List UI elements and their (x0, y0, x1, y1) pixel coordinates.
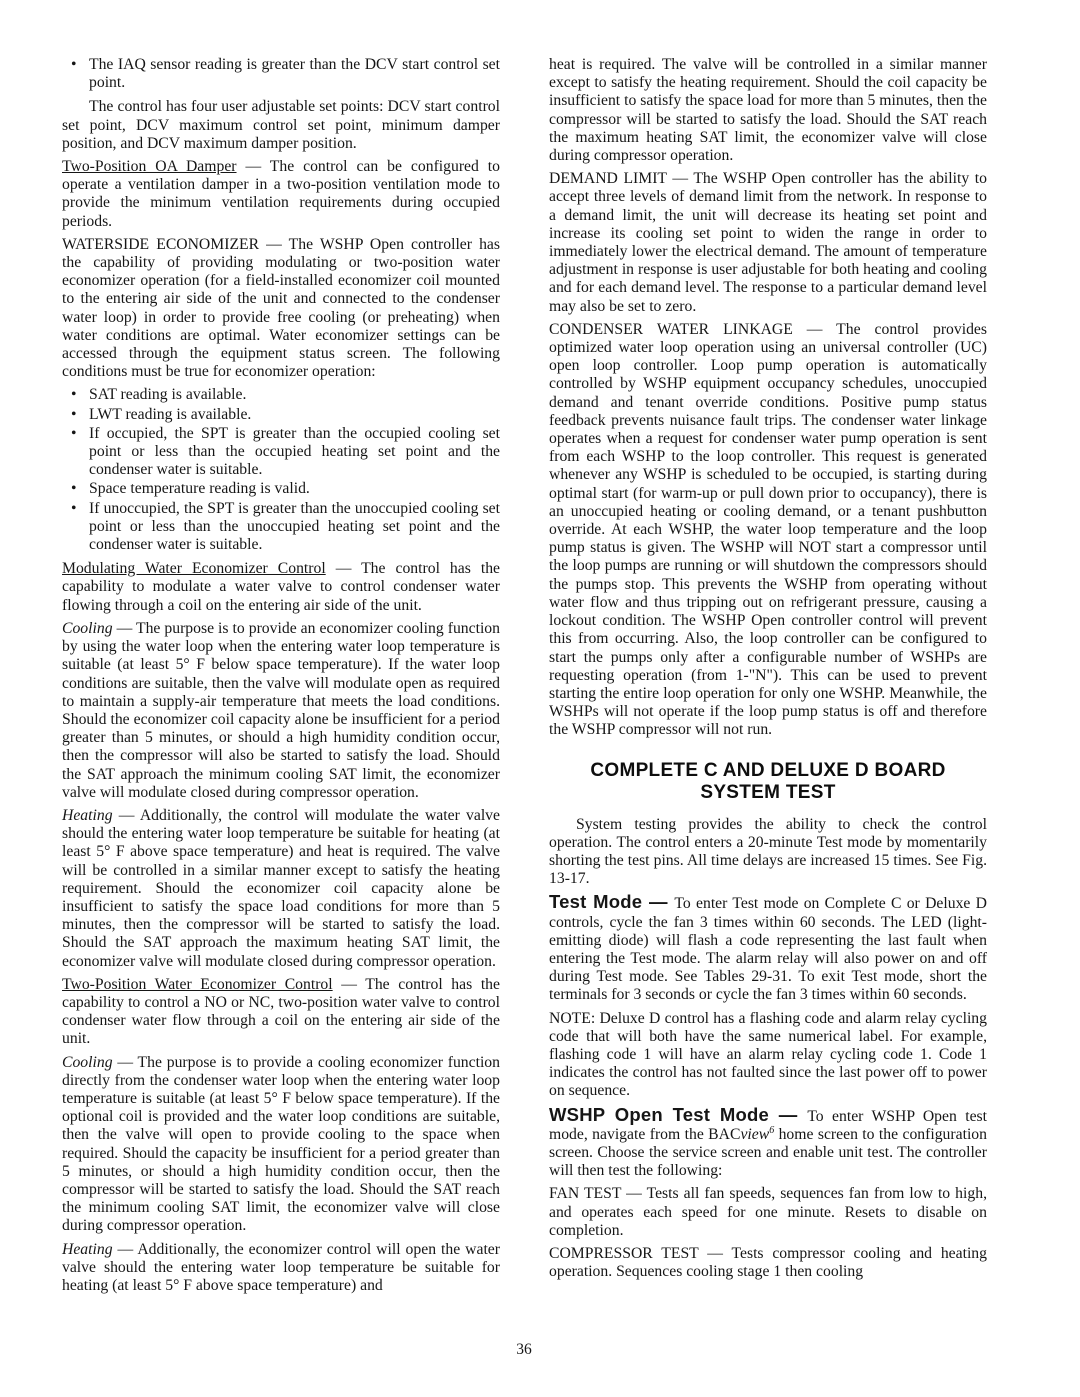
section-heading-complete-c-deluxe-d-system-test: COMPLETE C AND DELUXE D BOARD SYSTEM TES… (549, 760, 987, 805)
bullet-icon: • (62, 480, 89, 498)
paragraph-compressor-test: COMPRESSOR TEST — Tests compressor cooli… (549, 1245, 987, 1281)
paragraph-lead-italic: Cooling (62, 1054, 113, 1071)
bullet-item-lwt: • LWT reading is available. (62, 406, 500, 424)
paragraph-lead-italic: Cooling (62, 620, 113, 637)
paragraph-two-position-water-economizer: Two-Position Water Economizer Control — … (62, 976, 500, 1049)
bullet-item-occupied: • If occupied, the SPT is greater than t… (62, 425, 500, 480)
bullet-item-space-temp: • Space temperature reading is valid. (62, 480, 500, 498)
bullet-item-sat: • SAT reading is available. (62, 386, 500, 404)
paragraph-note: NOTE: Deluxe D control has a flashing co… (549, 1010, 987, 1101)
paragraph-body: — The purpose is to provide an economize… (62, 620, 500, 801)
bullet-icon: • (62, 500, 89, 555)
paragraph-modulating-water-economizer: Modulating Water Economizer Control — Th… (62, 560, 500, 615)
bullet-icon: • (62, 425, 89, 480)
paragraph-two-position-oa-damper: Two-Position OA Damper — The control can… (62, 158, 500, 231)
bullet-icon: • (62, 56, 89, 92)
paragraph-heating-continuation: heat is required. The valve will be cont… (549, 56, 987, 165)
paragraph-lead-underlined: Two-Position OA Damper (62, 158, 237, 175)
left-column: • The IAQ sensor reading is greater than… (62, 56, 500, 1300)
paragraph-lead-bold: Test Mode — (549, 891, 674, 912)
bullet-text-iaq: The IAQ sensor reading is greater than t… (89, 56, 500, 92)
document-page: • The IAQ sensor reading is greater than… (0, 0, 1080, 1397)
economizer-conditions-list: • SAT reading is available. • LWT readin… (62, 386, 500, 554)
bullet-text-occupied: If occupied, the SPT is greater than the… (89, 425, 500, 480)
paragraph-modulating-heating: Heating — Additionally, the control will… (62, 807, 500, 971)
section-heading-line-1: COMPLETE C AND DELUXE D BOARD (549, 760, 987, 783)
paragraph-lead-bold: WSHP Open Test Mode — (549, 1104, 807, 1125)
paragraph-lead-underlined: Modulating Water Economizer Control (62, 560, 326, 577)
paragraph-body: — The purpose is to provide a cooling ec… (62, 1054, 500, 1235)
bullet-icon: • (62, 386, 89, 404)
section-heading-line-2: SYSTEM TEST (549, 782, 987, 805)
paragraph-setpoints: The control has four user adjustable set… (62, 98, 500, 153)
paragraph-condenser-water-linkage: CONDENSER WATER LINKAGE — The control pr… (549, 321, 987, 740)
bullet-text-sat: SAT reading is available. (89, 386, 500, 404)
paragraph-lead-underlined: Two-Position Water Economizer Control (62, 976, 333, 993)
bullet-text-unoccupied: If unoccupied, the SPT is greater than t… (89, 500, 500, 555)
paragraph-body: — Additionally, the economizer control w… (62, 1241, 500, 1294)
paragraph-fan-test: FAN TEST — Tests all fan speeds, sequenc… (549, 1185, 987, 1240)
paragraph-wshp-open-test-mode: WSHP Open Test Mode — To enter WSHP Open… (549, 1106, 987, 1181)
bullet-icon: • (62, 406, 89, 424)
paragraph-two-position-heating: Heating — Additionally, the economizer c… (62, 1241, 500, 1296)
paragraph-demand-limit: DEMAND LIMIT — The WSHP Open controller … (549, 170, 987, 316)
bullet-item-iaq: • The IAQ sensor reading is greater than… (62, 56, 500, 92)
paragraph-test-mode: Test Mode — To enter Test mode on Comple… (549, 893, 987, 1004)
paragraph-lead-italic: Heating (62, 807, 113, 824)
bacview-brand-italic: view (740, 1126, 769, 1143)
paragraph-body: — Additionally, the control will modulat… (62, 807, 500, 970)
bullet-text-lwt: LWT reading is available. (89, 406, 500, 424)
right-column: heat is required. The valve will be cont… (549, 56, 987, 1286)
paragraph-lead-italic: Heating (62, 1241, 113, 1258)
bullet-item-unoccupied: • If unoccupied, the SPT is greater than… (62, 500, 500, 555)
paragraph-waterside-economizer: WATERSIDE ECONOMIZER — The WSHP Open con… (62, 236, 500, 382)
paragraph-two-position-cooling: Cooling — The purpose is to provide a co… (62, 1054, 500, 1236)
bullet-text-space-temp: Space temperature reading is valid. (89, 480, 500, 498)
paragraph-system-testing: System testing provides the ability to c… (549, 816, 987, 889)
paragraph-modulating-cooling: Cooling — The purpose is to provide an e… (62, 620, 500, 802)
page-number: 36 (464, 1341, 584, 1359)
